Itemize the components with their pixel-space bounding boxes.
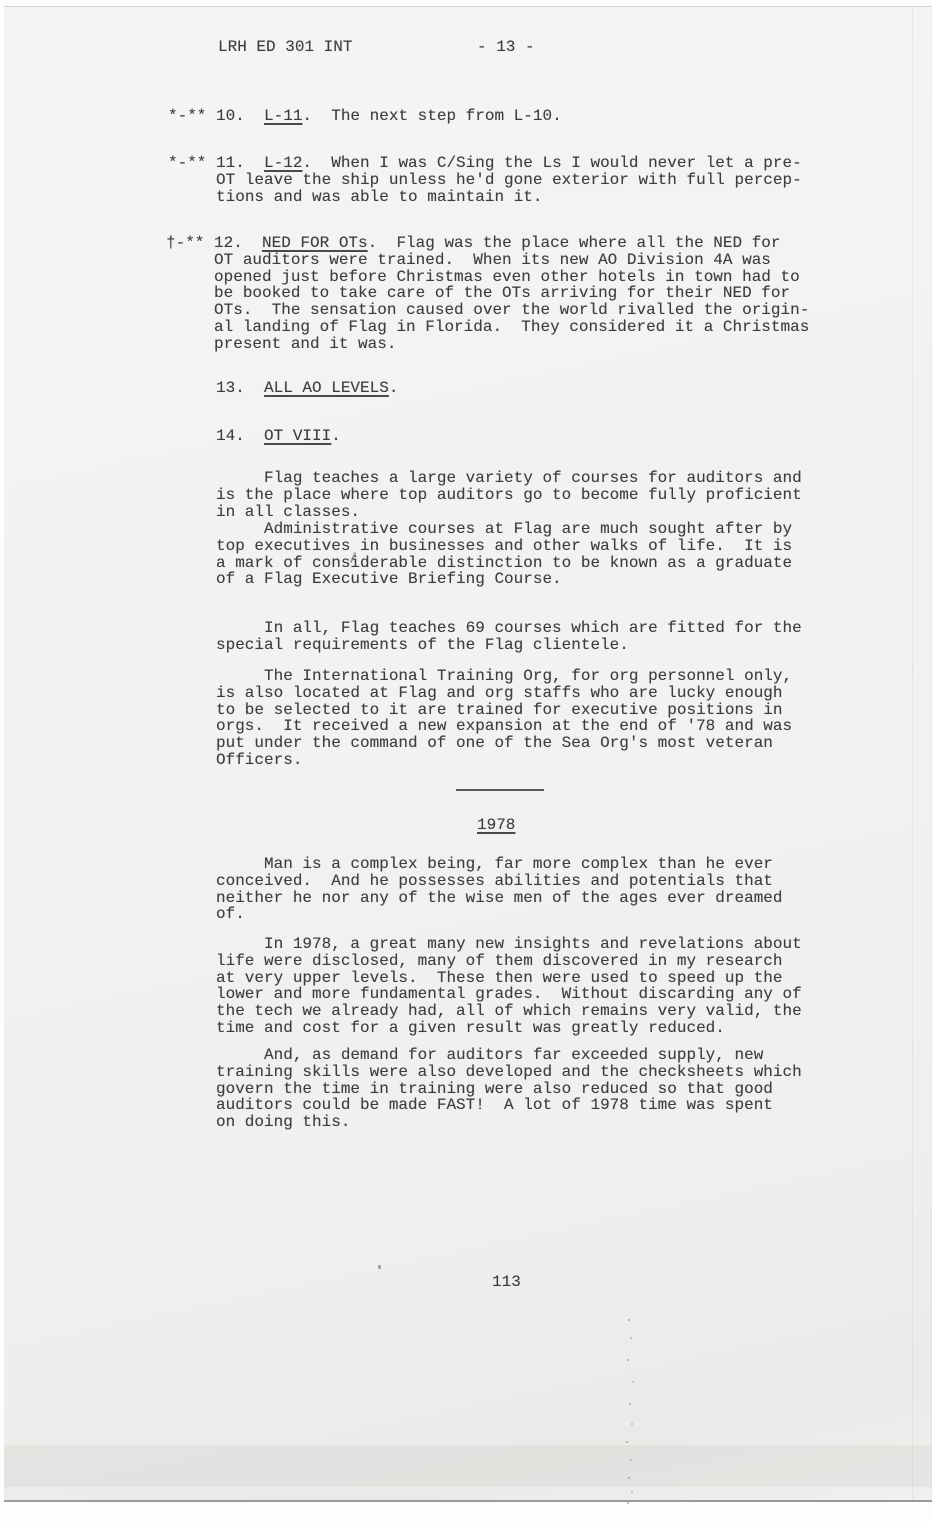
scan-edge-line	[912, 7, 913, 1500]
list-item-13: 13. ALL AO LEVELS.	[216, 380, 398, 397]
scan-shadow-band	[4, 1445, 932, 1487]
list-item-14: 14. OT VIII.	[216, 428, 341, 445]
scan-artifact-dot	[378, 1265, 381, 1269]
paragraph-international-training-org: The International Training Org, for org …	[216, 668, 792, 769]
paragraph-man-complex-being: Man is a complex being, far more complex…	[216, 856, 783, 923]
paragraph-1978-insights: In 1978, a great many new insights and r…	[216, 936, 802, 1037]
page-number: 113	[492, 1274, 521, 1291]
paragraph-auditor-demand: And, as demand for auditors far exceeded…	[216, 1047, 802, 1131]
section-divider-line	[456, 789, 544, 791]
list-item-10: *-** 10. L-11. The next step from L-10.	[168, 108, 562, 125]
section-heading-1978: 1978	[477, 817, 515, 834]
scanned-document: LRH ED 301 INT - 13 - *-** 10. L-11. The…	[0, 0, 932, 1521]
paper-sheet: LRH ED 301 INT - 13 - *-** 10. L-11. The…	[4, 6, 932, 1502]
paragraph-69-courses: In all, Flag teaches 69 courses which ar…	[216, 620, 802, 654]
header-page-label: - 13 -	[477, 39, 535, 56]
scan-artifact-speckles	[628, 1319, 630, 1321]
paragraph-administrative-courses: Administrative courses at Flag are much …	[216, 521, 792, 588]
header-doc-id: LRH ED 301 INT	[218, 39, 352, 56]
paragraph-flag-courses: Flag teaches a large variety of courses …	[216, 470, 802, 520]
list-item-12: †-** 12. NED FOR OTs. Flag was the place…	[166, 235, 809, 353]
list-item-11: *-** 11. L-12. When I was C/Sing the Ls …	[168, 155, 802, 205]
